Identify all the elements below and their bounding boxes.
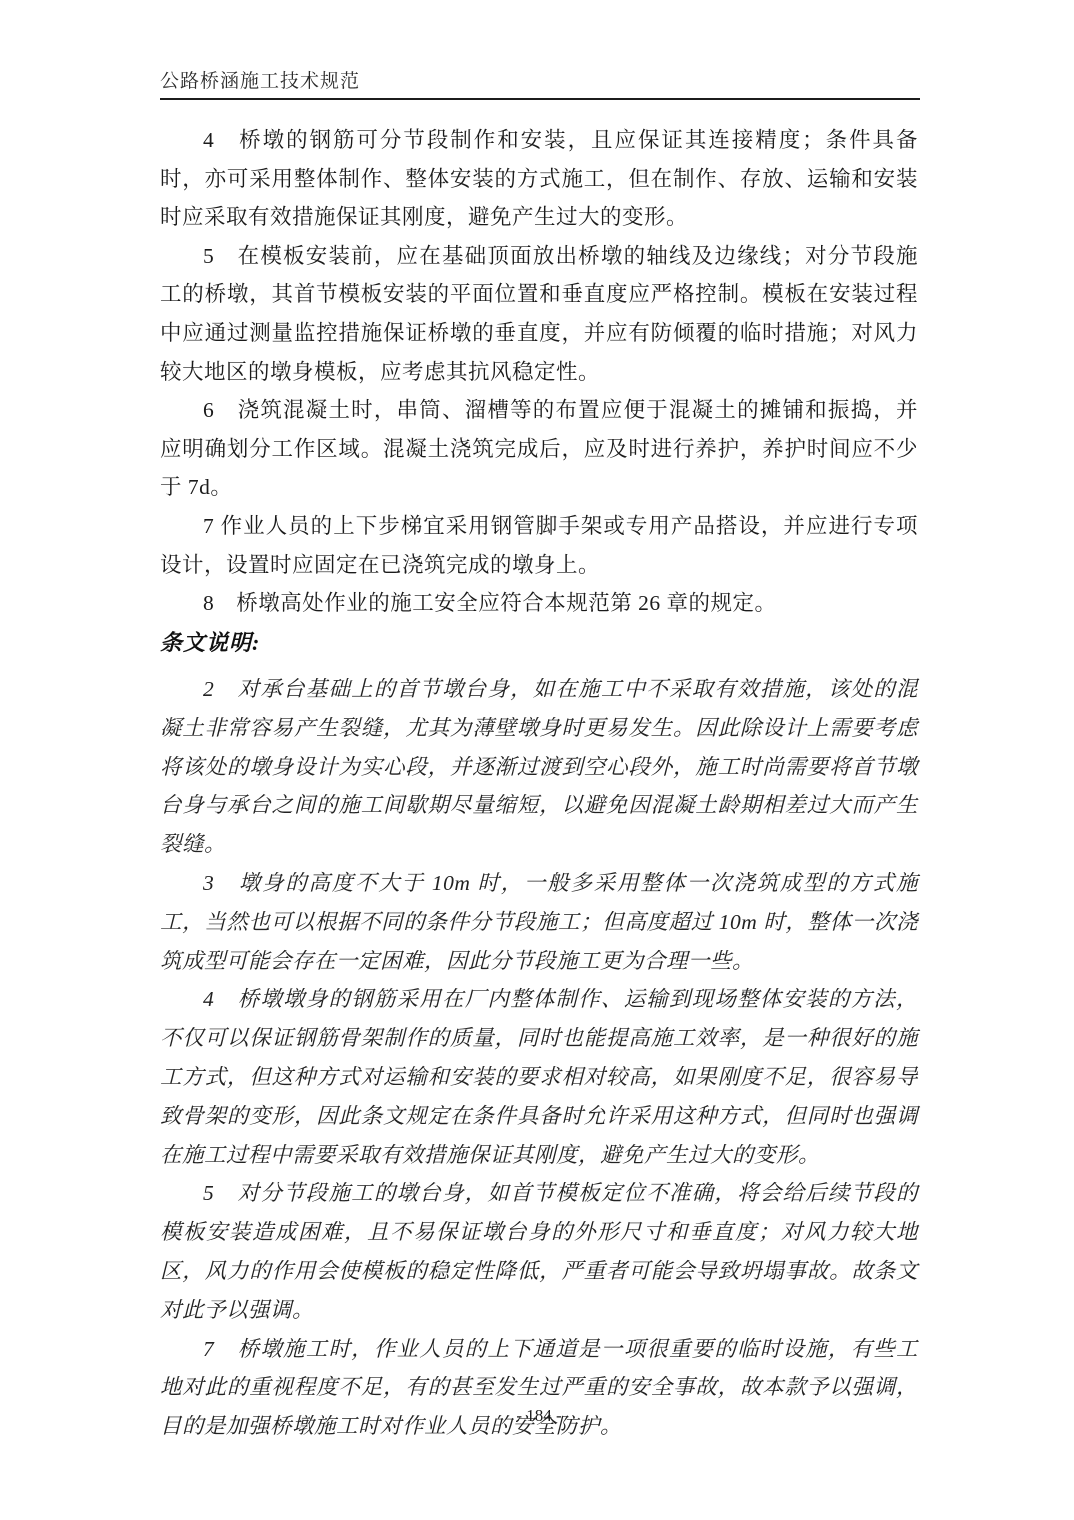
clause-paragraph-5: 5 在模板安装前，应在基础顶面放出桥墩的轴线及边缘线；对分节段施工的桥墩，其首节… [160, 237, 918, 391]
clause-section: 4 桥墩的钢筋可分节段制作和安装，且应保证其连接精度；条件具备时，亦可采用整体制… [160, 121, 918, 623]
explanation-heading: 条文说明: [160, 628, 918, 658]
clause-paragraph-7: 7 作业人员的上下步梯宜采用钢管脚手架或专用产品搭设，并应进行专项设计，设置时应… [160, 507, 918, 584]
page-number: - 184 - [516, 1406, 561, 1425]
clause-paragraph-4: 4 桥墩的钢筋可分节段制作和安装，且应保证其连接精度；条件具备时，亦可采用整体制… [160, 121, 918, 237]
explanation-section: 条文说明: 2 对承台基础上的首节墩台身，如在施工中不采取有效措施，该处的混凝土… [160, 628, 918, 1446]
document-page: 公路桥涵施工技术规范 4 桥墩的钢筋可分节段制作和安装，且应保证其连接精度；条件… [0, 0, 1074, 1520]
clause-paragraph-8: 8 桥墩高处作业的施工安全应符合本规范第 26 章的规定。 [160, 584, 918, 623]
explanation-paragraph-5: 5 对分节段施工的墩台身，如首节模板定位不准确，将会给后续节段的模板安装造成困难… [160, 1174, 918, 1329]
page-footer: - 184 - [160, 1404, 918, 1428]
running-header-title: 公路桥涵施工技术规范 [160, 70, 920, 94]
explanation-paragraph-2: 2 对承台基础上的首节墩台身，如在施工中不采取有效措施，该处的混凝土非常容易产生… [160, 670, 918, 864]
clause-paragraph-6: 6 浇筑混凝土时，串筒、溜槽等的布置应便于混凝土的摊铺和振捣，并应明确划分工作区… [160, 391, 918, 507]
explanation-paragraph-4: 4 桥墩墩身的钢筋采用在厂内整体制作、运输到现场整体安装的方法，不仅可以保证钢筋… [160, 980, 918, 1174]
header-divider [160, 98, 920, 100]
explanation-paragraph-3: 3 墩身的高度不大于 10m 时，一般多采用整体一次浇筑成型的方式施工，当然也可… [160, 864, 918, 980]
explanation-paragraph-7: 7 桥墩施工时，作业人员的上下通道是一项很重要的临时设施，有些工地对此的重视程度… [160, 1330, 918, 1446]
page-header: 公路桥涵施工技术规范 [160, 70, 920, 100]
